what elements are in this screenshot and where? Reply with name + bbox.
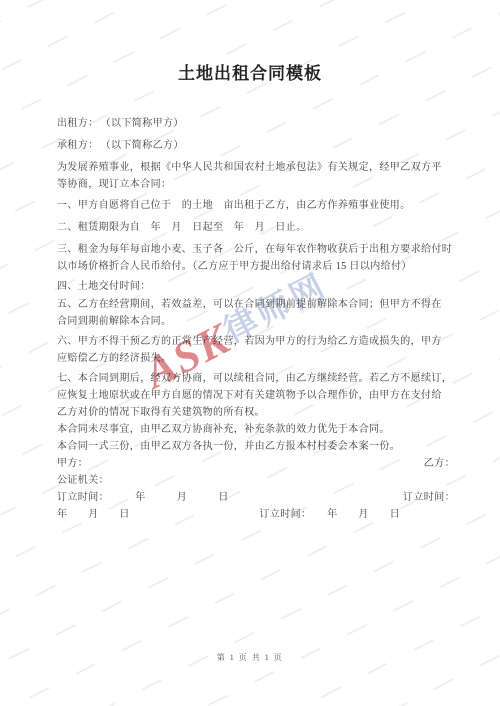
preamble-line-1: 为发展养殖事业，根据《中华人民共和国农村土地承包法》有关规定，经甲乙双方平 — [57, 159, 455, 176]
signature-date-row-2: 年 月 日 订立时间： 年 月 日 — [57, 506, 455, 523]
clause-4: 四、土地交付时间： — [57, 278, 455, 295]
clause-7-line-1: 七、本合同到期后，经双方协商，可以续租合同，由乙方继续经营。若乙方不愿续订， — [57, 370, 455, 387]
lessee-label: 承租方： — [57, 140, 99, 151]
sign-date-b-label: 订立时间： — [403, 489, 455, 506]
clause-2: 二、租赁期限为自 年 月 日起至 年 月 日止。 — [57, 219, 455, 236]
lessor-label: 出租方： — [57, 118, 99, 129]
contract-body: 出租方：（以下简称甲方） 承租方：（以下简称乙方） 为发展养殖事业，根据《中华人… — [0, 115, 500, 523]
notary-line: 公证机关： — [57, 472, 455, 489]
page-number-footer: 第 1 页 共 1 页 — [0, 652, 500, 663]
clause-3-line-2: 以市场价格折合人民币给付。（乙方应于甲方提出给付请求后 15 日以内给付） — [57, 258, 455, 275]
lessee-line: 承租方：（以下简称乙方） — [57, 137, 455, 154]
lessee-note: （以下简称乙方） — [106, 140, 184, 151]
preamble-line-2: 等协商，现订立本合同： — [57, 176, 455, 193]
signature-date-row-1: 订立时间： 年 月 日 订立时间： — [57, 489, 455, 506]
misc-clause-copies: 本合同一式三份，由甲乙双方各执一份，并由乙方报本村村委会本案一份。 — [57, 438, 455, 455]
document-title: 土地出租合同模板 — [0, 62, 500, 86]
signature-parties-row: 甲方： 乙方： — [57, 455, 455, 472]
lessor-line: 出租方：（以下简称甲方） — [57, 115, 455, 132]
sign-date-a-label: 订立时间： 年 月 日 — [57, 489, 229, 506]
misc-clause-supplement: 本合同未尽事宜，由甲乙双方协商补充，补充条款的效力优先于本合同。 — [57, 421, 455, 438]
party-b-signature-label: 乙方： — [424, 455, 455, 472]
clause-1: 一、甲方自愿将自己位于 的土地 亩出租于乙方，由乙方作养殖事业使用。 — [57, 197, 455, 214]
clause-5-line-1: 五、乙方在经营期间，若效益差，可以在合同到期前提前解除本合同；但甲方不得在 — [57, 296, 455, 313]
clause-5-line-2: 合同到期前解除本合同。 — [57, 313, 455, 330]
clause-7-line-3: 乙方对价的情况下取得有关建筑物的所有权。 — [57, 404, 455, 421]
sign-date-a-blanks: 年 月 日 — [57, 506, 130, 523]
clause-6-line-1: 六、甲方不得干预乙方的正常生产经营，若因为甲方的行为给乙方造成损失的，甲方 — [57, 333, 455, 350]
party-a-signature-label: 甲方： — [57, 455, 88, 472]
sign-date-b-blanks: 订立时间： 年 月 日 — [259, 506, 400, 523]
clause-7-line-2: 应恢复土地原状或在甲方自愿的情况下对有关建筑物予以合理作价，由甲方在支付给 — [57, 387, 455, 404]
contract-document-page: ASK律师网 土地出租合同模板 出租方：（以下简称甲方） 承租方：（以下简称乙方… — [0, 0, 500, 706]
lessor-note: （以下简称甲方） — [106, 118, 184, 129]
clause-6-line-2: 应赔偿乙方的经济损失。 — [57, 350, 455, 367]
clause-3-line-1: 三、租金为每年每亩地小麦、玉子各 公斤，在每年农作物收获后于出租方要求给付时 — [57, 241, 455, 258]
